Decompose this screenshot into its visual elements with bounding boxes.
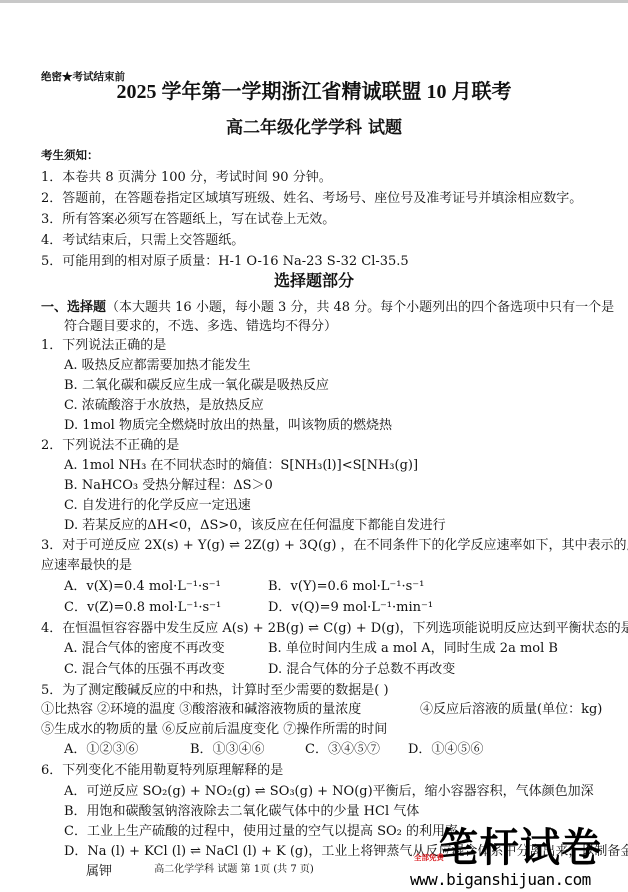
option-a: A. 混合气体的密度不再改变: [64, 641, 225, 657]
question-stem: 1．下列说法正确的是: [41, 338, 166, 354]
watermark-logo: 笔杆试卷 全部免费 www.biganshijuan.com: [410, 826, 628, 892]
question-stem: 3．对于可逆反应 2X(s) + Y(g) ⇌ 2Z(g) + 3Q(g) ，在…: [41, 538, 628, 554]
exam-subtitle: 高二年级化学学科 试题: [0, 117, 628, 139]
data-items-line: ①比热容 ②环境的温度 ③酸溶液和碱溶液物质的量浓度: [41, 702, 361, 718]
option-d: D. 1mol 物质完全燃烧时放出的热量，叫该物质的燃烧热: [64, 418, 392, 434]
option-d: D. 混合气体的分子总数不再改变: [268, 662, 455, 678]
option-b: B. 单位时间内生成 a mol A，同时生成 2a mol B: [268, 641, 558, 657]
option-b: B．①③④⑥: [190, 742, 265, 758]
option-c: C．③④⑤⑦: [305, 742, 380, 758]
option-c: C．工业上生产硫酸的过程中，使用过量的空气以提高 SO₂ 的利用率: [64, 824, 458, 840]
watermark-url: www.biganshijuan.com: [410, 870, 591, 890]
watermark-tag: 全部免费: [414, 852, 444, 863]
question-stem: 2．下列说法不正确的是: [41, 438, 179, 454]
option-b: B. 二氧化碳和碳反应生成一氧化碳是吸热反应: [64, 378, 329, 394]
question-stem-cont: 应速率最快的是: [41, 558, 132, 574]
option-a: A. 吸热反应都需要加热才能发生: [64, 358, 251, 374]
part-one-header: 一、选择题（本大题共 16 小题，每小题 3 分，共 48 分。每个小题列出的四…: [41, 300, 614, 316]
notice-item: 1．本卷共 8 页满分 100 分，考试时间 90 分钟。: [41, 170, 332, 186]
part-one-desc-cont: 符合题目要求的，不选、多选、错选均不得分）: [64, 319, 337, 335]
watermark-brand: 笔杆试卷: [438, 826, 602, 870]
option-b: B．v(Y)=0.6 mol·L⁻¹·s⁻¹: [268, 579, 424, 595]
option-b: B. NaHCO₃ 受热分解过程：ΔS＞0: [64, 478, 273, 494]
option-a: A．v(X)=0.4 mol·L⁻¹·s⁻¹: [64, 579, 221, 595]
data-items-line: ⑤生成水的物质的量 ⑥反应前后温度变化 ⑦操作所需的时间: [41, 722, 387, 738]
notice-item: 5．可能用到的相对原子质量：H-1 O-16 Na-23 S-32 Cl-35.…: [41, 254, 409, 270]
exam-title: 2025 学年第一学期浙江省精诚联盟 10 月联考: [0, 79, 628, 105]
notice-heading: 考生须知：: [41, 147, 99, 163]
option-a: A．①②③⑥: [64, 742, 138, 758]
data-items-line: ④反应后溶液的质量(单位：kg): [420, 702, 602, 718]
question-stem: 6．下列变化不能用勒夏特列原理解释的是: [41, 763, 283, 779]
option-d: D. 若某反应的ΔH<0，ΔS>0，该反应在任何温度下都能自发进行: [64, 518, 446, 534]
notice-item: 4．考试结束后，只需上交答题纸。: [41, 233, 244, 249]
notice-item: 3．所有答案必须写在答题纸上，写在试卷上无效。: [41, 212, 335, 228]
option-d: D．v(Q)=9 mol·L⁻¹·min⁻¹: [268, 600, 433, 616]
section-title: 选择题部分: [0, 271, 628, 291]
question-stem: 4．在恒温恒容容器中发生反应 A(s) + 2B(g) ⇌ C(g) + D(g…: [41, 621, 628, 637]
option-c: C. 浓硫酸溶于水放热，是放热反应: [64, 398, 264, 414]
option-c: C．v(Z)=0.8 mol·L⁻¹·s⁻¹: [64, 600, 221, 616]
option-d: D．①④⑤⑥: [408, 742, 483, 758]
option-c: C. 混合气体的压强不再改变: [64, 662, 225, 678]
option-b: B．用饱和碳酸氢钠溶液除去二氧化碳气体中的少量 HCl 气体: [64, 804, 419, 820]
option-a: A．可逆反应 SO₂(g) + NO₂(g) ⇌ SO₃(g) + NO(g)平…: [64, 784, 594, 800]
part-one-desc: （本大题共 16 小题，每小题 3 分，共 48 分。每个小题列出的四个备选项中…: [106, 300, 614, 315]
viewer-top-border: [0, 0, 628, 3]
option-a: A. 1mol NH₃ 在不同状态时的熵值：S[NH₃(l)]<S[NH₃(g)…: [64, 458, 418, 474]
notice-item: 2．答题前，在答题卷指定区域填写班级、姓名、考场号、座位号及准考证号并填涂相应数…: [41, 191, 582, 207]
question-stem: 5．为了测定酸碱反应的中和热，计算时至少需要的数据是( ): [41, 683, 389, 699]
option-c: C. 自发进行的化学反应一定迅速: [64, 498, 251, 514]
part-one-label: 一、选择题: [41, 300, 106, 315]
